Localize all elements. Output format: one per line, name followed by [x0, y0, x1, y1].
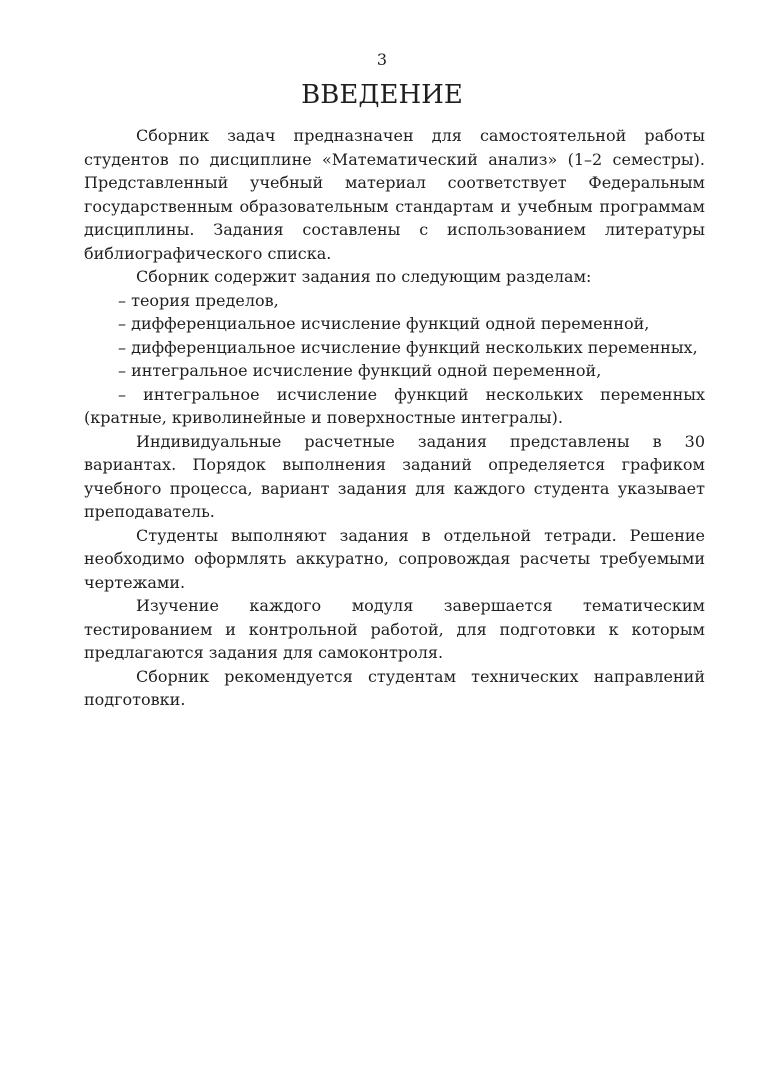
paragraph-intro: Сборник задач предназначен для самостоят… — [84, 124, 705, 265]
paragraph-variants: Индивидуальные расчетные задания предста… — [84, 430, 705, 524]
list-item-integral-one-variable: – интегральное исчисление функций одной … — [84, 359, 705, 383]
page-number: 3 — [0, 49, 764, 71]
list-item-limits: – теория пределов, — [84, 289, 705, 313]
paragraph-notebook: Студенты выполняют задания в отдельной т… — [84, 524, 705, 595]
list-item-differential-several-variables: – дифференциальное исчисление функций не… — [84, 336, 705, 360]
list-item-differential-one-variable: – дифференциальное исчисление функций од… — [84, 312, 705, 336]
paragraph-testing: Изучение каждого модуля завершается тема… — [84, 594, 705, 665]
list-item-integral-several-variables: – интегральное исчисление функций нескол… — [84, 383, 705, 430]
paragraph-recommendation: Сборник рекомендуется студентам техничес… — [84, 665, 705, 712]
document-body: Сборник задач предназначен для самостоят… — [84, 124, 705, 712]
page-title: ВВЕДЕНИЕ — [0, 79, 764, 111]
document-page: 3 ВВЕДЕНИЕ Сборник задач предназначен дл… — [0, 0, 764, 1080]
paragraph-sections-lead: Сборник содержит задания по следующим ра… — [84, 265, 705, 289]
